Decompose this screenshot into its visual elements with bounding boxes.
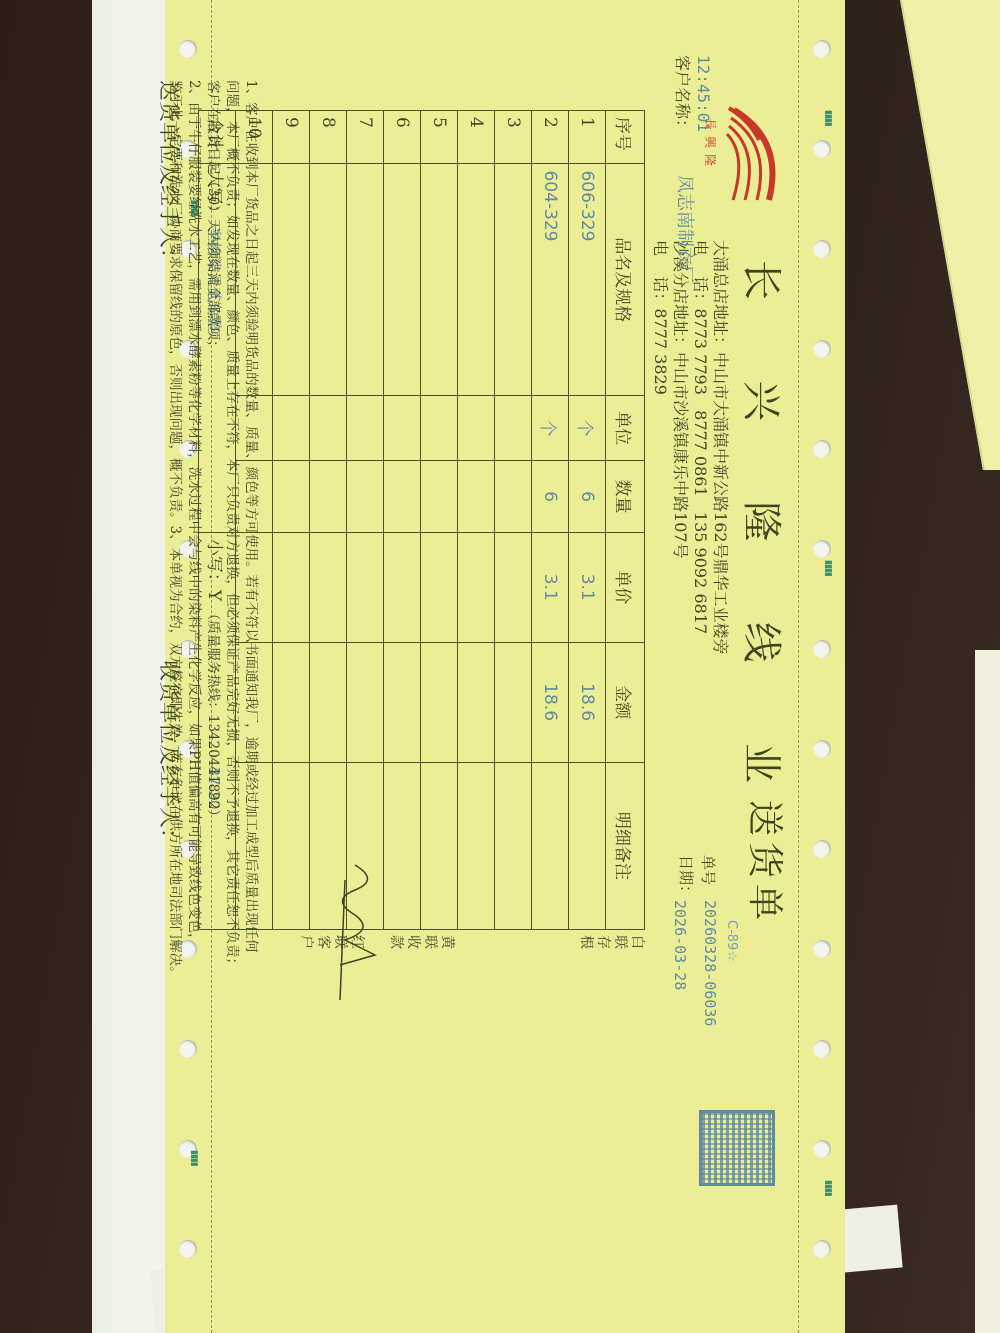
cell-name — [273, 164, 310, 396]
col-header-amount: 金额 — [606, 642, 645, 762]
feed-hole — [813, 740, 831, 758]
delivery-note: ▮▮▮▮ ▮▮▮▮ ▮▮▮▮ ▮▮▮▮ ▮▮▮▮ — [165, 0, 845, 1333]
table-row: 6 — [384, 111, 421, 930]
strip-mark-icon: ▮▮▮▮ — [823, 1180, 833, 1196]
tractor-strip-top: ▮▮▮▮ ▮▮▮▮ ▮▮▮▮ — [799, 0, 845, 1333]
col-header-name: 品名及规格 — [606, 164, 645, 396]
cell-qty — [421, 461, 458, 533]
table-row: 7 — [347, 111, 384, 930]
cell-price — [310, 532, 347, 642]
cell-no: 6 — [384, 111, 421, 164]
feed-hole — [813, 440, 831, 458]
cell-qty — [458, 461, 495, 533]
terms-line: 问题，本厂概不负责；如发现在数量、颜色、质量上存在不符，本厂只负责对方退换，但必… — [222, 80, 241, 1160]
cell-qty — [495, 461, 532, 533]
cell-qty — [384, 461, 421, 533]
table-row: 3 — [495, 111, 532, 930]
feed-hole — [813, 240, 831, 258]
cell-no: 5 — [421, 111, 458, 164]
cell-qty — [273, 461, 310, 533]
table-row: 5 — [421, 111, 458, 930]
cell-note — [273, 762, 310, 929]
branch-store-address: 沙溪分店地址：中山市沙溪镇康乐中路107号 — [670, 240, 693, 559]
cell-price — [421, 532, 458, 642]
cell-no: 3 — [495, 111, 532, 164]
cell-amount: 18.6 — [569, 642, 606, 762]
cell-qty — [310, 461, 347, 533]
cell-amount — [384, 642, 421, 762]
cell-no: 7 — [347, 111, 384, 164]
perforation-line — [798, 0, 799, 1333]
cell-amount — [495, 642, 532, 762]
cell-price — [347, 532, 384, 642]
feed-hole — [813, 40, 831, 58]
strip-mark-icon: ▮▮▮▮ — [823, 110, 833, 126]
branch-store-phone: 电 话：8777 3829 — [650, 240, 673, 395]
cell-amount — [458, 642, 495, 762]
cell-unit: 个 — [569, 396, 606, 461]
feed-hole — [813, 1140, 831, 1158]
doc-number-label: 单号 — [698, 855, 719, 885]
col-header-price: 单价 — [606, 532, 645, 642]
cell-unit — [347, 396, 384, 461]
cell-no: 8 — [310, 111, 347, 164]
cell-name — [384, 164, 421, 396]
cell-no: 4 — [458, 111, 495, 164]
cell-no: 2 — [532, 111, 569, 164]
cell-unit — [495, 396, 532, 461]
terms-line: 1、客户在收到本厂货品之日起三天内须验明货品的数量、质量、颜色等方可使用。若有不… — [241, 80, 260, 1160]
cell-name — [347, 164, 384, 396]
cell-note — [532, 762, 569, 929]
cell-amount — [347, 642, 384, 762]
terms-line: 客户在收货日起（30）天内须结清全部款项； （质量服务热线：1342044189… — [203, 80, 222, 1160]
cell-note — [495, 762, 532, 929]
cell-note — [384, 762, 421, 929]
sender-signature-label: 送货单位及经手人： — [155, 80, 185, 269]
table-row: 8 — [310, 111, 347, 930]
cell-name — [458, 164, 495, 396]
cell-unit — [458, 396, 495, 461]
col-header-unit: 单位 — [606, 396, 645, 461]
col-header-no: 序号 — [606, 111, 645, 164]
cell-qty — [347, 461, 384, 533]
feed-hole — [179, 40, 197, 58]
branch-phone-value: 8777 3829 — [651, 308, 670, 395]
cell-name: 606-329 — [569, 164, 606, 396]
company-name: 长 兴 隆 线 业 — [736, 260, 793, 817]
feed-hole — [813, 1240, 831, 1258]
table-row: 2 604-329 个 6 3.1 18.6 — [532, 111, 569, 930]
date-value: 2026-03-28 — [671, 900, 689, 990]
table-header-row: 序号 品名及规格 单位 数量 单价 金额 明细备注 — [606, 111, 645, 930]
main-address-label: 大涌总店地址： — [711, 240, 730, 352]
cell-price: 3.1 — [532, 532, 569, 642]
terms-line: 2、由于牛仔服装要经洗水工艺，需用到漂水酵素粉等化学材料，洗水过程中会与线中的染… — [184, 80, 203, 1160]
receiver-signature-label: 收货单位及经手人： — [155, 660, 185, 849]
strip-mark-icon: ▮▮▮▮ — [823, 560, 833, 576]
items-table: 序号 品名及规格 单位 数量 单价 金额 明细备注 1 606-329 个 6 … — [198, 110, 645, 930]
cell-unit — [384, 396, 421, 461]
cell-price: 3.1 — [569, 532, 606, 642]
printer-code: C-89☆ — [724, 920, 739, 962]
feed-hole — [813, 540, 831, 558]
cell-amount — [273, 642, 310, 762]
copy-label-white: 白联存根 — [577, 935, 645, 951]
cell-name: 604-329 — [532, 164, 569, 396]
feed-hole — [813, 140, 831, 158]
cell-price — [384, 532, 421, 642]
cell-price — [458, 532, 495, 642]
cell-amount — [310, 642, 347, 762]
main-phone-value: 8773 7793 8777 0861 135 9092 6817 — [691, 308, 710, 634]
feed-hole — [813, 940, 831, 958]
cell-amount: 18.6 — [532, 642, 569, 762]
cell-name — [421, 164, 458, 396]
cell-no: 1 — [569, 111, 606, 164]
cell-note — [421, 762, 458, 929]
main-address-value: 中山市大涌镇中新公路162号鼎华工业楼旁 — [711, 352, 730, 655]
main-store-address: 大涌总店地址：中山市大涌镇中新公路162号鼎华工业楼旁 — [710, 240, 733, 655]
cell-amount — [421, 642, 458, 762]
cell-unit — [421, 396, 458, 461]
cell-price — [273, 532, 310, 642]
cell-unit — [310, 396, 347, 461]
customer-label: 客户名称： — [672, 55, 695, 135]
cell-qty: 6 — [569, 461, 606, 533]
delivery-note-wrapper: ▮▮▮▮ ▮▮▮▮ ▮▮▮▮ ▮▮▮▮ ▮▮▮▮ — [165, 0, 845, 1333]
doc-number-value: 20260328-06036 — [701, 900, 719, 1026]
date-label: 日期： — [676, 855, 697, 900]
branch-address-value: 中山市沙溪镇康乐中路107号 — [671, 352, 690, 559]
cell-name — [310, 164, 347, 396]
copy-label-red: 红联客户 — [297, 935, 365, 951]
col-header-note: 明细备注 — [606, 762, 645, 929]
qr-code-icon — [699, 1110, 775, 1186]
table-row: 4 — [458, 111, 495, 930]
adjacent-paper-stack-lower — [975, 650, 1000, 1333]
company-logo-icon — [709, 100, 789, 210]
main-store-phone: 电 话：8773 7793 8777 0861 135 9092 6817 — [690, 240, 713, 634]
cell-note — [569, 762, 606, 929]
feed-hole — [813, 840, 831, 858]
cell-unit: 个 — [532, 396, 569, 461]
customer-name: 凤志南制衣厂 — [673, 175, 699, 283]
table-row: 1 606-329 个 6 3.1 18.6 — [569, 111, 606, 930]
adjacent-paper-stack — [900, 0, 1000, 470]
cell-no: 9 — [273, 111, 310, 164]
feed-hole — [179, 1240, 197, 1258]
table-row: 9 — [273, 111, 310, 930]
branch-phone-label: 电 话： — [651, 240, 670, 308]
print-time: 12:45:01 — [694, 55, 713, 132]
cell-unit — [273, 396, 310, 461]
cell-note — [458, 762, 495, 929]
cell-name — [495, 164, 532, 396]
copy-label-yellow: 黄联收款 — [387, 935, 455, 951]
feed-hole — [813, 1040, 831, 1058]
feed-hole — [813, 640, 831, 658]
cell-price — [495, 532, 532, 642]
cell-qty: 6 — [532, 461, 569, 533]
feed-hole — [813, 340, 831, 358]
document-title: 送货单 — [742, 800, 793, 926]
col-header-qty: 数量 — [606, 461, 645, 533]
